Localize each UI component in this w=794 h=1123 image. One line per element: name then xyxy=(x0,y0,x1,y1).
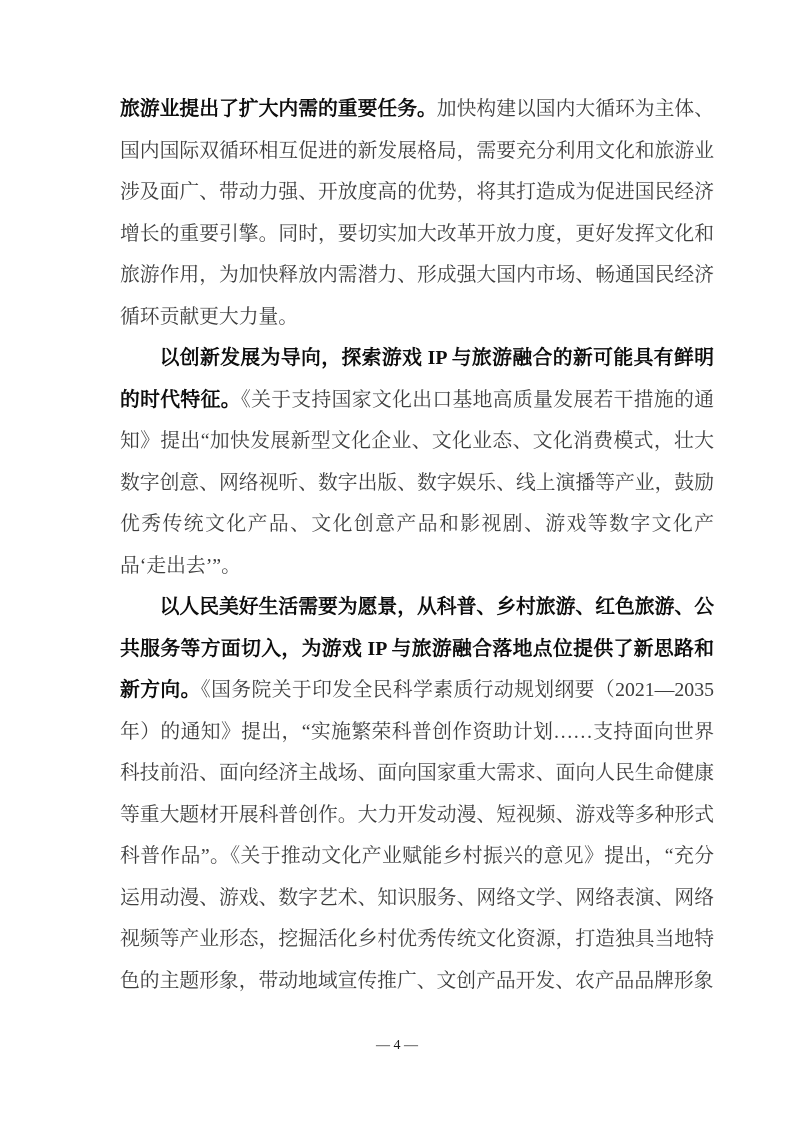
paragraph-text: 加快构建以国内大循环为主体、国内国际双循环相互促进的新发展格局，需要充分利用文化… xyxy=(120,98,714,328)
page-number: — 4 — xyxy=(376,1038,418,1053)
page-footer: — 4 — xyxy=(0,1036,794,1056)
paragraph: 以创新发展为导向，探索游戏 IP 与旅游融合的新可能具有鲜明的时代特征。《关于支… xyxy=(120,338,714,587)
document-page: 旅游业提出了扩大内需的重要任务。加快构建以国内大循环为主体、国内国际双循环相互促… xyxy=(0,0,794,1123)
document-body: 旅游业提出了扩大内需的重要任务。加快构建以国内大循环为主体、国内国际双循环相互促… xyxy=(120,89,714,1002)
paragraph: 以人民美好生活需要为愿景，从科普、乡村旅游、红色旅游、公共服务等方面切入，为游戏… xyxy=(120,587,714,1002)
paragraph-lead-bold: 旅游业提出了扩大内需的重要任务。 xyxy=(120,98,437,120)
paragraph-continuation: 旅游业提出了扩大内需的重要任务。加快构建以国内大循环为主体、国内国际双循环相互促… xyxy=(120,89,714,338)
paragraph-text: 《关于支持国家文化出口基地高质量发展若干措施的通知》提出“加快发展新型文化企业、… xyxy=(120,389,714,577)
paragraph-text: 《国务院关于印发全民科学素质行动规划纲要（2021—2035年）的通知》提出，“… xyxy=(120,679,714,992)
